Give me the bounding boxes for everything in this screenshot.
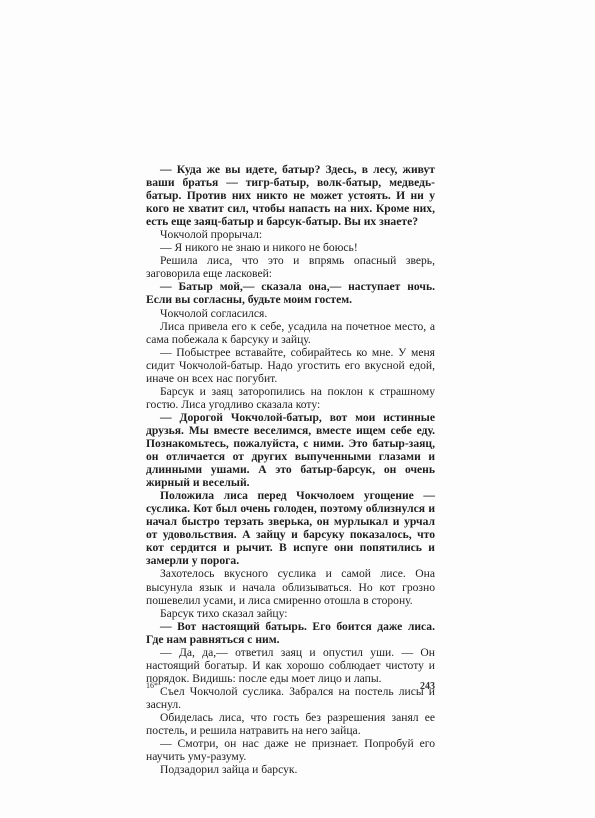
page-footer: 16* 243 xyxy=(146,681,435,695)
paragraph: Решила лиса, что это и впрямь опасный зв… xyxy=(146,254,435,280)
paragraph: Захотелось вкусного суслика и самой лисе… xyxy=(146,567,435,606)
paragraph: Чокчолой прорычал: xyxy=(146,228,435,241)
paragraph: Барсук и заяц заторопились на поклон к с… xyxy=(146,385,435,411)
paragraph: Барсук тихо сказал зайцу: xyxy=(146,607,435,620)
paragraph: Положила лиса перед Чокчолоем угощение —… xyxy=(146,489,435,567)
paragraph: — Батыр мой,— сказала она,— наступает но… xyxy=(146,280,435,306)
paragraph: — Дорогой Чокчолой-батыр, вот мои истинн… xyxy=(146,411,435,489)
paragraph: — Да, да,— ответил заяц и опустил уши. —… xyxy=(146,646,435,685)
paragraph: Чокчолой согласился. xyxy=(146,307,435,320)
paragraph: Обиделась лиса, что гость без разрешения… xyxy=(146,711,435,737)
book-page: — Куда же вы идете, батыр? Здесь, в лесу… xyxy=(0,0,595,818)
paragraph: — Побыстрее вставайте, собирайтесь ко мн… xyxy=(146,346,435,385)
paragraph: Подзадорил зайца и барсук. xyxy=(146,763,435,776)
page-number: 243 xyxy=(420,681,435,692)
paragraph: — Я никого не знаю и никого не боюсь! xyxy=(146,241,435,254)
paragraph: — Вот настоящий батырь. Его боится даже … xyxy=(146,620,435,646)
paragraph: Лиса привела его к себе, усадила на поче… xyxy=(146,320,435,346)
paragraph: — Смотри, он нас даже не признает. Попро… xyxy=(146,737,435,763)
paragraph: — Куда же вы идете, батыр? Здесь, в лесу… xyxy=(146,163,435,228)
printer-signature-mark: 16* xyxy=(146,681,158,690)
